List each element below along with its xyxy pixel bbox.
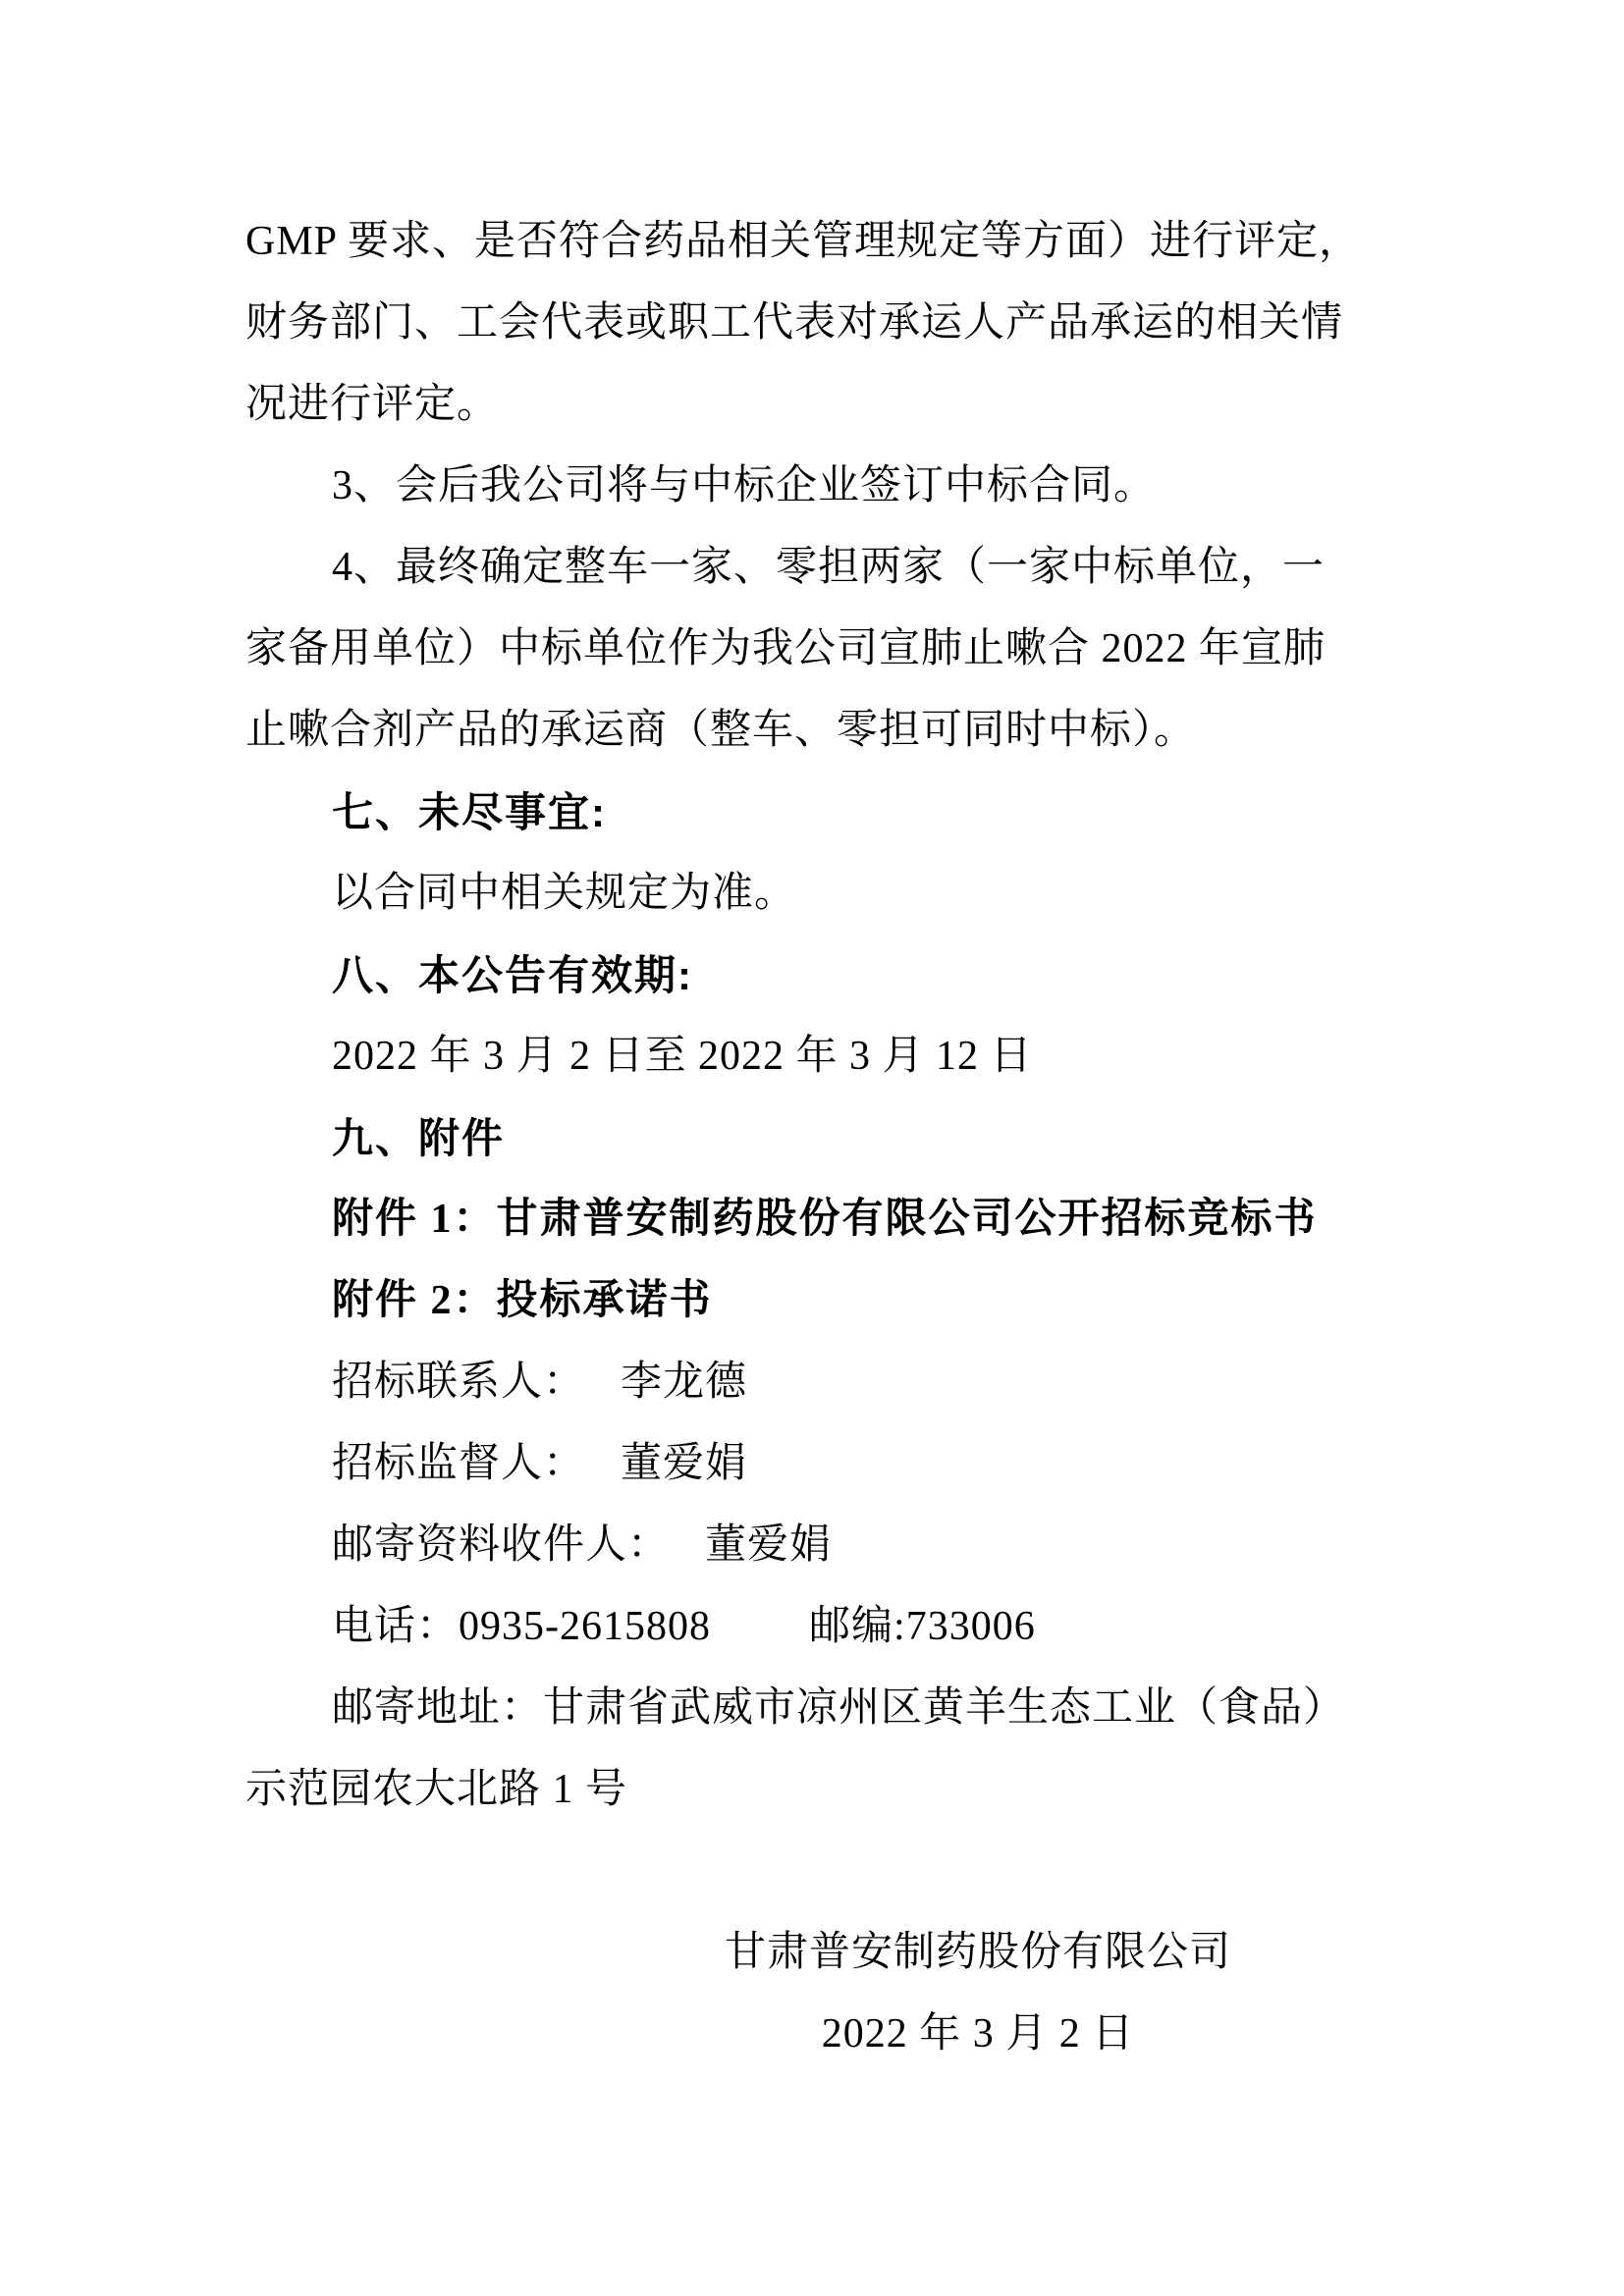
phone-label: 电话： — [332, 1604, 459, 1649]
validity-period: 2022 年 3 月 2 日至 2022 年 3 月 12 日 — [245, 1016, 1379, 1097]
para-evaluation-line-1: GMP 要求、是否符合药品相关管理规定等方面）进行评定， — [245, 201, 1379, 283]
signature-company: 甘肃普安制药股份有限公司 — [725, 1912, 1231, 1994]
mail-address-line-2: 示范园农大北路 1 号 — [245, 1749, 1379, 1831]
signature-date: 2022 年 3 月 2 日 — [725, 1994, 1231, 2075]
attachment-1-line: 附件 1：甘肃普安制药股份有限公司公开招标竞标书 — [245, 1179, 1379, 1260]
item-4-line-1: 4、最终确定整车一家、零担两家（一家中标单位，一 — [245, 527, 1379, 609]
para-evaluation-line-2: 财务部门、工会代表或职工代表对承运人产品承运的相关情 — [245, 283, 1379, 364]
tender-contact-name: 李龙德 — [621, 1360, 747, 1405]
attachment-2-line: 附件 2：投标承诺书 — [245, 1260, 1379, 1342]
item-3-line: 3、会后我公司将与中标企业签订中标合同。 — [245, 446, 1379, 527]
mail-address-line-1: 邮寄地址：甘肃省武威市凉州区黄羊生态工业（食品） — [245, 1668, 1379, 1749]
mail-recipient-label: 邮寄资料收件人： — [332, 1522, 670, 1568]
postcode-label: 邮编: — [809, 1604, 906, 1649]
mail-recipient-name: 董爱娟 — [705, 1522, 832, 1568]
section-8-heading: 八、本公告有效期: — [245, 934, 1379, 1016]
item-4-line-3: 止嗽合剂产品的承运商（整车、零担可同时中标）。 — [245, 690, 1379, 772]
tender-supervisor-line: 招标监督人：董爱娟 — [245, 1423, 1379, 1505]
tender-contact-label: 招标联系人： — [332, 1360, 585, 1405]
item-4-line-2: 家备用单位）中标单位作为我公司宣肺止嗽合 2022 年宣肺 — [245, 609, 1379, 690]
section-7-heading: 七、未尽事宜: — [245, 772, 1379, 853]
mail-recipient-line: 邮寄资料收件人：董爱娟 — [245, 1505, 1379, 1586]
tender-supervisor-label: 招标监督人： — [332, 1441, 585, 1486]
document-page: GMP 要求、是否符合药品相关管理规定等方面）进行评定， 财务部门、工会代表或职… — [0, 0, 1624, 2296]
postcode-value: 733006 — [906, 1604, 1036, 1649]
tender-supervisor-name: 董爱娟 — [621, 1441, 747, 1486]
phone-number: 0935-2615808 — [459, 1604, 711, 1649]
section-7-body: 以合同中相关规定为准。 — [245, 853, 1379, 934]
mail-address-part1: 甘肃省武威市凉州区黄羊生态工业（食品） — [543, 1685, 1345, 1731]
mail-address-label: 邮寄地址： — [332, 1685, 543, 1731]
signature-block: 甘肃普安制药股份有限公司 2022 年 3 月 2 日 — [725, 1912, 1231, 2075]
para-evaluation-line-3: 况进行评定。 — [245, 364, 1379, 446]
tender-contact-line: 招标联系人：李龙德 — [245, 1342, 1379, 1423]
phone-postcode-line: 电话：0935-2615808邮编:733006 — [245, 1586, 1379, 1668]
section-9-heading: 九、附件 — [245, 1097, 1379, 1179]
